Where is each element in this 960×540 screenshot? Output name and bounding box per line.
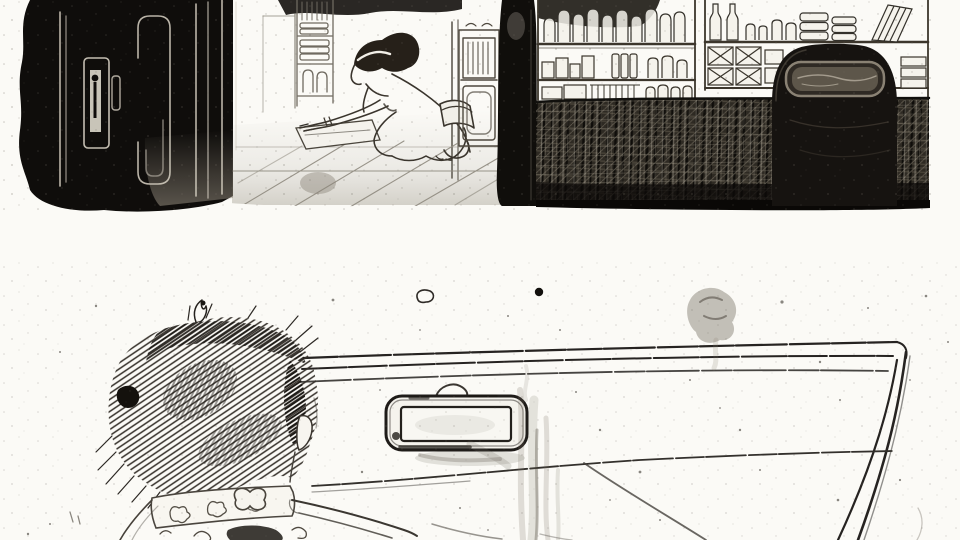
- paper-specks: [0, 0, 935, 212]
- etching-artwork: [0, 0, 960, 540]
- panel-car-driver: [0, 260, 960, 540]
- etching-canvas: [0, 0, 960, 540]
- paper-noise: [0, 260, 960, 540]
- panel-shop-interior: [0, 0, 935, 216]
